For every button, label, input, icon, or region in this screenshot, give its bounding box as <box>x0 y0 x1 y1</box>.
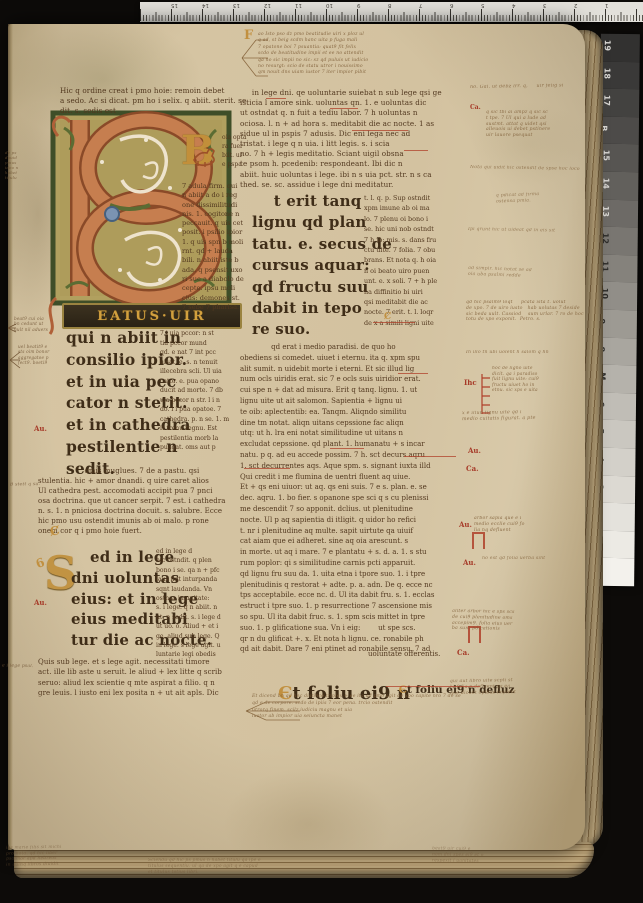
margin-note: e i lege psal. <box>2 663 60 670</box>
ruler-cm-ticks <box>140 9 643 21</box>
margin-note: B stett q su. <box>10 481 74 488</box>
red-source-mark: Ca. <box>470 104 481 111</box>
lion-icon <box>190 142 220 168</box>
gloss-line: dit. s. sedis est <box>60 106 256 116</box>
gloss-line: cepte. ipsu moli <box>182 284 244 293</box>
margin-note: x e illud lignu uite qd imedio cuitatis … <box>462 409 590 423</box>
gloss-line: de x a simili ligni uite <box>364 319 470 329</box>
gloss-line: omis muglues. 7 de a pastu. qsi <box>38 467 240 477</box>
gloss-line: qr n du glificat +. x. Et nota h lignu. … <box>240 635 472 646</box>
margin-note: Sciendu qd hic ps pmus n habet titulu qa… <box>148 858 438 875</box>
gold-paraph-mark: Ȼ <box>384 312 391 322</box>
gloss-line: plenitudinis q restorat + adte. p. a. ad… <box>240 581 472 592</box>
gloss-line: suo. 1. p glificatione sua. Vn i eig: ut… <box>240 624 472 635</box>
psalm-line: t erit tanq <box>252 192 362 213</box>
gloss-line: dine tm notat. aliqn uitans cepssione fa… <box>240 419 472 430</box>
gloss-line: te psom h. pcedenib: respondeant. Ibi di… <box>240 159 472 169</box>
note-line: e i lege psal. <box>2 663 60 670</box>
gloss-line: nocte. 7 erit. t. l. loqr <box>364 308 470 318</box>
added-note-top: ao Isto pso dz pmo beatitudie uiri x plo… <box>258 32 472 77</box>
gloss-line: in morte. ut aq i mare. 7 e plantatu + s… <box>240 548 472 559</box>
margin-note: aliter arbor hic e sps scsde cui9 plenit… <box>452 609 586 635</box>
ruler-number: 3 <box>543 2 547 8</box>
gloss-line: one dissimilitudi <box>182 201 244 210</box>
gloss-line: act. ille lib aste u seruit. le aliud + … <box>38 668 240 678</box>
ruler-number: 4 <box>512 2 516 8</box>
gloss-line: 7 sebe 7 pharisa. <box>182 303 244 312</box>
margin-note: In illo tn ubi uolent h salom q hn <box>466 350 592 356</box>
psalm-line: et in uia pec <box>66 372 162 394</box>
gloss-line: xpm imune ab oi ma <box>364 204 470 214</box>
gloss-line: s. i lege. q n abiit. n <box>156 604 240 613</box>
gloss-line: tristat. i lege q n uia. i litt legis. s… <box>240 139 472 149</box>
gloss-line: cius: demones st. <box>182 294 244 303</box>
gloss-center-upper: in lege dni. qe uoluntarie suiebat n sub… <box>240 88 472 190</box>
gloss-line: num ocls uiridis erat. sic 7 e ocls suis… <box>240 375 472 386</box>
gloss-line: illecebra scli. Ul uia <box>160 368 240 378</box>
red-source-mark: Ca. <box>466 464 479 473</box>
gloss-line: 7 h ib: mis. s. dans fru <box>364 236 470 246</box>
gloss-line: bili. n abiit iste b <box>182 256 244 265</box>
gloss-line: lignu uite ut ait salomon. Sapientia + l… <box>240 397 472 408</box>
gloss-line: rum poplor: qi s similitudine carnis pct… <box>240 559 472 570</box>
gloss-line: n abiit a do i reg <box>182 191 244 200</box>
grayscale-step: 15 <box>599 144 638 172</box>
note-line: et titulus totius libri. <box>148 870 438 876</box>
gloss-line: ri sue a diabolo de <box>182 275 244 284</box>
ruler-number: 1 <box>605 2 609 8</box>
grayscale-step: 19 <box>601 34 640 62</box>
psalm-line: tatu. e. secus de <box>252 235 362 256</box>
grayscale-step: 13 <box>599 199 638 227</box>
gloss-line: Ul cathedra pest. accomodati accipit pua… <box>38 487 240 497</box>
gloss-line: utq: ut h. lra eni notat similitudine ut… <box>240 429 472 440</box>
margin-note: beat9 cui oiabn cedunt utuult nil aduers <box>14 316 74 332</box>
gloss-line: peccauit. q uis cet <box>182 219 244 228</box>
psalm-line: et in cathedra <box>66 415 162 437</box>
psalm-line: eius: et in lege <box>71 590 157 611</box>
gloss-line: seruo: aliud lex scientie q mte aspirat … <box>38 679 240 689</box>
gloss-line: in lege dni. qe uoluntarie suiebat n sub… <box>240 88 472 98</box>
gloss-line: a sedo. Ac si dicat. pm ho i selix. q ab… <box>60 96 256 106</box>
note-line: uir lauore psequat <box>486 133 586 139</box>
psalm-line: ed in lege <box>90 548 160 569</box>
red-source-mark: Au. <box>34 598 47 607</box>
gloss-line: puagat. oms aut p <box>160 444 240 454</box>
note-line: no est qd folia uerba sint <box>482 556 574 562</box>
gloss-line: cathedra. p. n se. 1. m <box>160 416 240 426</box>
grayscale-step-label: 17 <box>602 95 611 106</box>
gloss-intro: Hic q ordine creat i pmo hoie: remoin de… <box>60 86 256 117</box>
gloss-line: me descendit 7 so apponit. dclius. ut pl… <box>240 505 472 516</box>
grayscale-step-label: 19 <box>603 40 612 51</box>
gloss-center-dense: qd erat i medio paradisi. de quo hoobedi… <box>240 343 472 656</box>
gloss-line: qd erat i medio paradisi. de quo ho <box>240 343 472 354</box>
gloss-line: unt. e. x soli. 7 + h ple <box>364 277 470 287</box>
red-underline <box>398 373 428 374</box>
gloss-line: estruct i tpre suo. 1. p resurrectione 7… <box>240 602 472 613</box>
note-line: etnu. sic xps e uita <box>492 388 588 394</box>
gloss-line: laus figt inturpanda <box>156 576 240 585</box>
psalm-line: tur die ac nocte. <box>71 631 157 652</box>
gloss-line: te oib: aplectentib: ea. Tanqm. Aliqndo … <box>240 408 472 419</box>
ruler-number: 11 <box>295 2 302 8</box>
ruler-number: 5 <box>481 2 485 8</box>
psalm-line: cator n stetit. <box>66 393 162 415</box>
psalm-line: dni uoluntas <box>71 569 157 590</box>
ruler-number: 13 <box>233 2 240 8</box>
red-underline <box>330 448 364 449</box>
psalm-verse-3: t erit tanqlignu qd plantatu. e. secus d… <box>252 192 362 342</box>
gloss-line: ctu uite. 7 folia. 7 obu <box>364 246 470 256</box>
psalm-line: dabit in tepo <box>252 299 362 320</box>
gloss-right-of-psalm3: t. l. q. p. Sup ostnditxpm imune ab oi m… <box>364 194 470 329</box>
gloss-line: hic pmo usu ostendit imunis ab oi malo. … <box>38 517 240 527</box>
gloss-right-of-psalm1: 7 i uia pccor: n sttia pccor mundqd. e n… <box>160 330 240 454</box>
gloss-line: se. hic uni nob ostndt <box>364 225 470 235</box>
ruler-number: 8 <box>388 2 392 8</box>
note-line: iustor ab impior uia seiuncta manet <box>252 714 582 721</box>
psalm-line: consilio ipior. <box>66 350 162 372</box>
note-line: de xpo. 7 de uiro iusto hab uolutas 7 de… <box>466 306 590 312</box>
grayscale-step: 17 <box>600 89 639 117</box>
psalm-verse-2-rest: dni uoluntaseius: et in legeeius meditab… <box>71 569 157 651</box>
note-line: uult nil aduers <box>14 327 74 332</box>
gloss-line: onem cor q i pmo hoie fuert. <box>38 527 240 537</box>
ruler-number: 12 <box>264 2 271 8</box>
gloss-line: cat aiam que ei adheret. sine aq oia are… <box>240 537 472 548</box>
margin-note: arbor sapia que e imedio ecclie cui9 fol… <box>474 516 580 533</box>
gloss-line: qd lignu fru suu da. 1. uita etna i tpor… <box>240 570 472 581</box>
gold-paraph-mark: F <box>244 28 253 43</box>
psalm-line: re suo. <box>252 320 362 341</box>
note-line: qm nouit dns uiam iustor 7 iter impior p… <box>258 70 472 76</box>
psalm-line: cursus aquar: <box>252 256 362 277</box>
red-underline <box>330 108 358 109</box>
grayscale-step: 11 <box>598 255 637 283</box>
red-underline <box>352 130 408 131</box>
gloss-line: ut ostndat q. n fuit a tediu labor. 7 h … <box>240 108 472 118</box>
gloss-line: 7 adula firm. qui <box>182 182 244 191</box>
note-line: totu de xpo exponit. Petro. s. <box>466 317 590 323</box>
margin-note: de psdauidpmusideo nhabettitulu <box>5 150 39 180</box>
margin-note: beat9 uir cui9 enom dni spes ei9 et nres… <box>432 846 632 867</box>
gloss-line: it trenu regnu. Est <box>160 425 240 435</box>
ruler-number: 6 <box>450 2 454 8</box>
gloss-line: uia pccor n str. l i n <box>160 397 240 407</box>
gloss-line: qsi meditabit die ac <box>364 298 470 308</box>
ruler-number: 15 <box>171 2 178 8</box>
gloss-line: ut uo. o. Aliud + et i <box>156 623 240 632</box>
psalm-line: pestilentie n <box>66 437 162 459</box>
gloss-line: in lege. s lege agit. u <box>156 642 240 651</box>
gloss-line: excludat cepssione. qd plant. 1. humanat… <box>240 440 472 451</box>
gloss-left-mid: omis muglues. 7 de a pastu. qsistulentia… <box>38 467 240 537</box>
gloss-line: uisat. e. s. n tenuit <box>160 359 240 369</box>
note-line: titulu <box>5 175 39 180</box>
gloss-line: abiit. huic uoluntas i lege. ibi n s uia… <box>240 170 472 180</box>
gloss-line: t. nr i plenitudine aq multe. sapit uirt… <box>240 527 472 538</box>
gloss-line: Hic q ordine creat i pmo hoie: remoin de… <box>60 86 256 96</box>
psalm-line: eius meditabi <box>71 610 157 631</box>
manuscript-photo: 151413121110987654321 191817B15141312111… <box>0 0 643 903</box>
gloss-line: so spu. Ul ita dabit fruc. s. 1. spm sci… <box>240 613 472 624</box>
gloss-line: ada. q psensit uxo <box>182 266 244 275</box>
gloss-line: ociosa. l. n + ad hora s. meditabit die … <box>240 119 472 129</box>
gloss-line: n oi beato uiro puen <box>364 267 470 277</box>
grayscale-step-label: 18 <box>602 67 611 78</box>
gloss-line: posit. i psilio ipior <box>182 228 244 237</box>
margin-note: q sic tbi ai ampz q sic sct tpe. 7 Ul qu… <box>486 110 586 139</box>
gold-initial-b: B <box>181 126 225 180</box>
gloss-line: bono i se. qa n + pfc <box>156 567 240 576</box>
gloss-line: na diffinitio bi uiri <box>364 288 470 298</box>
red-source-mark: Au. <box>34 424 47 433</box>
red-source-mark: Ca. <box>457 648 470 657</box>
grayscale-step: 14 <box>599 172 638 200</box>
gloss-line: nocte. Ul p aq sapientia di itligit. q u… <box>240 516 472 527</box>
gloss-line: cator. e. pua opano <box>160 378 240 388</box>
red-underline <box>373 322 415 323</box>
gloss-line: 7 i uia pccor: n st <box>160 330 240 340</box>
gloss-line: qd. e nat 7 int pcc <box>160 349 240 359</box>
gloss-col-wide: 7 adula firm. quin abiit a do i regone d… <box>182 182 244 312</box>
ruler-number: 14 <box>202 2 209 8</box>
ruler-number: 2 <box>574 2 578 8</box>
red-source-mark: Ihc <box>464 378 477 387</box>
margin-note: no est qd folia uerba sint <box>482 556 574 562</box>
gloss-line: thed. se. sc. assidue i lege dni meditat… <box>240 180 472 190</box>
gutter-fold <box>8 24 13 850</box>
ihc-bracket <box>478 372 492 416</box>
psalm-line: lignu qd plan <box>252 213 362 234</box>
red-underline <box>266 98 286 99</box>
gloss-line: isticia l amore sink. uoluntas qn. 1. e … <box>240 98 472 108</box>
red-source-mark: Au. <box>459 520 472 529</box>
gloss-line: Quis sub lege. et s lege agit. necessita… <box>38 658 240 668</box>
psalm-line: qui n abiit in <box>66 328 162 350</box>
gloss-line: ed in lege d <box>156 548 240 557</box>
gloss-line: 1. q uis spn b moli <box>182 238 244 247</box>
gloss-line: gre leuis. l iusto eni lex posita n + ut… <box>38 689 240 699</box>
gloss-line: ge. aliud sub lege. Q <box>156 633 240 642</box>
gloss-line: rnt. qd + lauda <box>182 247 244 256</box>
note-line: B stett q su. <box>10 481 74 488</box>
psalm-verse-2-first: ed in lege <box>90 548 160 569</box>
red-underline <box>244 468 290 469</box>
note-line: In illo tn ubi uolent h salom q hn <box>466 350 592 356</box>
gloss-line: ostnsa imunitate: <box>156 595 240 604</box>
margin-note: hoc de ligno uitedicit. qa i paradisofui… <box>492 366 588 394</box>
grayscale-step: M <box>597 365 636 393</box>
gloss-left-bottom: Quis sub lege. et s lege agit. necessita… <box>38 658 240 700</box>
note-line: qd e de corpore. scdo de ipiis 7 eor pen… <box>252 701 582 708</box>
ruler-number: 7 <box>419 2 423 8</box>
gloss-line: sqnt laudanda. Vn <box>156 586 240 595</box>
red-underline <box>404 456 456 457</box>
red-source-mark: Au. <box>468 446 481 455</box>
gloss-line: obediens si comedet. uiuet i eternu. ita… <box>240 354 472 365</box>
ruler-number: 9 <box>357 2 361 8</box>
ruler-number: 10 <box>326 2 333 8</box>
psalm-line: qd fructu suu <box>252 278 362 299</box>
gloss-line: tps acceptabile. ecce nc. d. Ul ita dabi… <box>240 591 472 602</box>
gloss-line: dec. aqru. 1. bo fier. s opanone spe sci… <box>240 494 472 505</box>
gloss-line: alit sumit. n uidebit morte i eterni. Et… <box>240 365 472 376</box>
gloss-line: lo. 7 plenu oi bono i <box>364 215 470 225</box>
gloss-line: no. 7 h + legis meditatio. Sciant uigil … <box>240 149 472 159</box>
grayscale-step: 10 <box>598 282 637 310</box>
psalm-verse-1: qui n abiit inconsilio ipior.et in uia p… <box>66 328 162 481</box>
gloss-line: brans. Et nota q. h oia <box>364 256 470 266</box>
gloss-line: osa doctrina. que ut cancer serpit. 7 es… <box>38 497 240 507</box>
gloss-right-of-psalm2: ed in lege dhic ostndit. q plenbono i se… <box>156 548 240 661</box>
red-underline <box>404 150 428 151</box>
gloss-line: Et + qs eni uiuor: ut aq. qs eni suis. 7… <box>240 483 472 494</box>
gloss-line: ducit ad morte. 7 db <box>160 387 240 397</box>
gloss-line: do. l i pua opatoe. 7 <box>160 406 240 416</box>
red-source-mark: Au. <box>463 558 476 567</box>
gloss-line: cui spe n + dat ad misura. Erit q tanq. … <box>240 386 472 397</box>
gloss-line: nis. 1. cogitone n <box>182 210 244 219</box>
grayscale-step: 18 <box>600 61 639 89</box>
gloss-line: Qui credit i me flumina de uentri fluent… <box>240 473 472 484</box>
gloss-line: hic ostndit. q plen <box>156 557 240 566</box>
margin-note: qd hic psalm9 loqt pcata ista t. uolutde… <box>466 300 590 323</box>
note-line: fect9. boeti9 <box>18 360 80 365</box>
red-underline <box>386 686 480 687</box>
gold-paraph-mark: Ȼ <box>49 523 61 538</box>
margin-note: uel beatit9 ests oim bonoraggregatoe pfe… <box>18 344 80 366</box>
grayscale-step: 9 <box>598 310 637 338</box>
gloss-line: t. l. q. p. Sup ostndit <box>364 194 470 204</box>
note-line: lia nq defluent <box>474 528 580 534</box>
top-ruler: 151413121110987654321 <box>140 2 643 22</box>
gloss-line: ut. n sedit. s. i lege d <box>156 614 240 623</box>
grayscale-step: 12 <box>599 227 638 255</box>
grayscale-step: B <box>600 117 639 145</box>
gloss-line: pestilentia morb la <box>160 435 240 445</box>
gloss-line: n. s. 1. n pniciosa doctrina docuit. s. … <box>38 507 240 517</box>
red-gate-mark <box>472 532 485 549</box>
grayscale-step: 8 <box>597 337 636 365</box>
gloss-line: tia pccor mund <box>160 340 240 350</box>
added-note-bottom: Et dicend bn qd hec distinco triplex + e… <box>252 694 582 721</box>
